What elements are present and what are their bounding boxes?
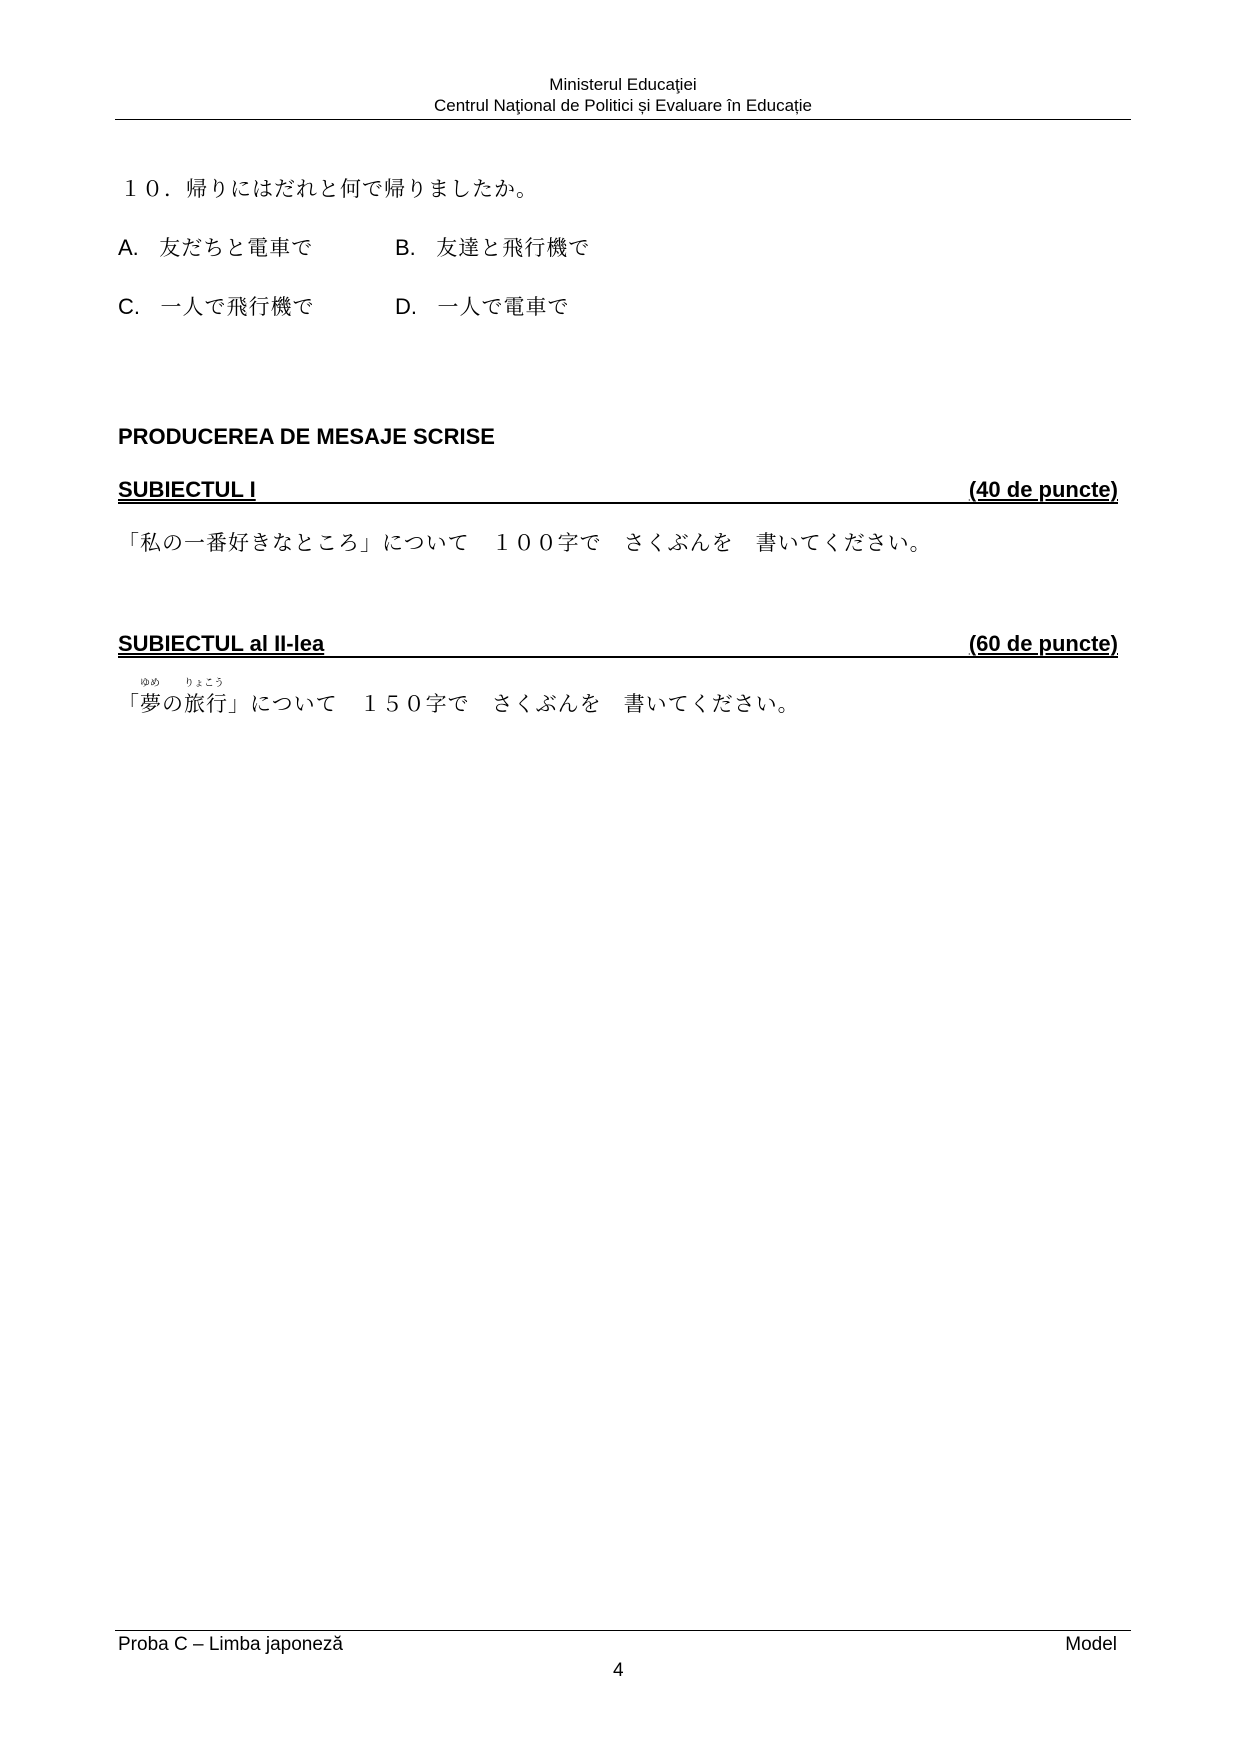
header-divider <box>115 119 1131 120</box>
kanji-yume: ゆめ夢 <box>140 688 162 718</box>
option-b: B. 友達と飛行機で <box>395 232 590 262</box>
subject-1-title: SUBIECTUL I <box>118 478 256 502</box>
ministry-name: Ministerul Educaţiei <box>115 74 1131 95</box>
subject-1-heading: SUBIECTUL I (40 de puncte) <box>118 478 1118 504</box>
question-10: １０．帰りにはだれと何で帰りましたか。 <box>120 173 538 203</box>
kanji-ryokou: りょこう旅行 <box>184 688 228 718</box>
option-a: A. 友だちと電車で <box>118 232 313 262</box>
bracket-open: 「 <box>118 692 140 716</box>
option-c: C. 一人で飛行機で <box>118 291 314 321</box>
option-text: 一人で電車で <box>437 295 569 319</box>
footer-left: Proba C – Limba japoneză <box>118 1634 343 1656</box>
page-number: 4 <box>613 1660 624 1682</box>
subject-2-title: SUBIECTUL al II-lea <box>118 632 324 656</box>
question-number: １０． <box>120 177 186 201</box>
prompt-rest: 」について １５０字で さくぶんを 書いてください。 <box>228 692 800 716</box>
option-letter: B. <box>395 235 416 260</box>
option-letter: C. <box>118 294 140 319</box>
option-letter: A. <box>118 235 139 260</box>
subject-2-prompt: 「ゆめ夢のりょこう旅行」について １５０字で さくぶんを 書いてください。 <box>118 688 800 718</box>
center-name: Centrul Naţional de Politici și Evaluare… <box>115 95 1131 116</box>
footer-divider <box>115 1630 1131 1631</box>
particle-no: の <box>162 692 184 716</box>
option-d: D. 一人で電車で <box>395 291 569 321</box>
question-text: 帰りにはだれと何で帰りましたか。 <box>186 177 538 201</box>
section-title: PRODUCEREA DE MESAJE SCRISE <box>118 424 495 450</box>
option-text: 友だちと電車で <box>159 236 313 260</box>
kanji-ryokou-text: 旅行 <box>184 692 228 716</box>
option-letter: D. <box>395 294 417 319</box>
furigana-yume: ゆめ <box>140 674 160 689</box>
subject-2-heading: SUBIECTUL al II-lea (60 de puncte) <box>118 632 1118 658</box>
footer-right: Model <box>1065 1634 1117 1656</box>
subject-1-points: (40 de puncte) <box>969 478 1118 502</box>
option-text: 友達と飛行機で <box>436 236 590 260</box>
page-header: Ministerul Educaţiei Centrul Naţional de… <box>115 74 1131 116</box>
option-text: 一人で飛行機で <box>160 295 314 319</box>
kanji-yume-text: 夢 <box>140 692 162 716</box>
subject-2-points: (60 de puncte) <box>969 632 1118 656</box>
furigana-ryokou: りょこう <box>184 674 224 689</box>
subject-1-prompt: 「私の一番好きなところ」について １００字で さくぶんを 書いてください。 <box>118 527 932 557</box>
